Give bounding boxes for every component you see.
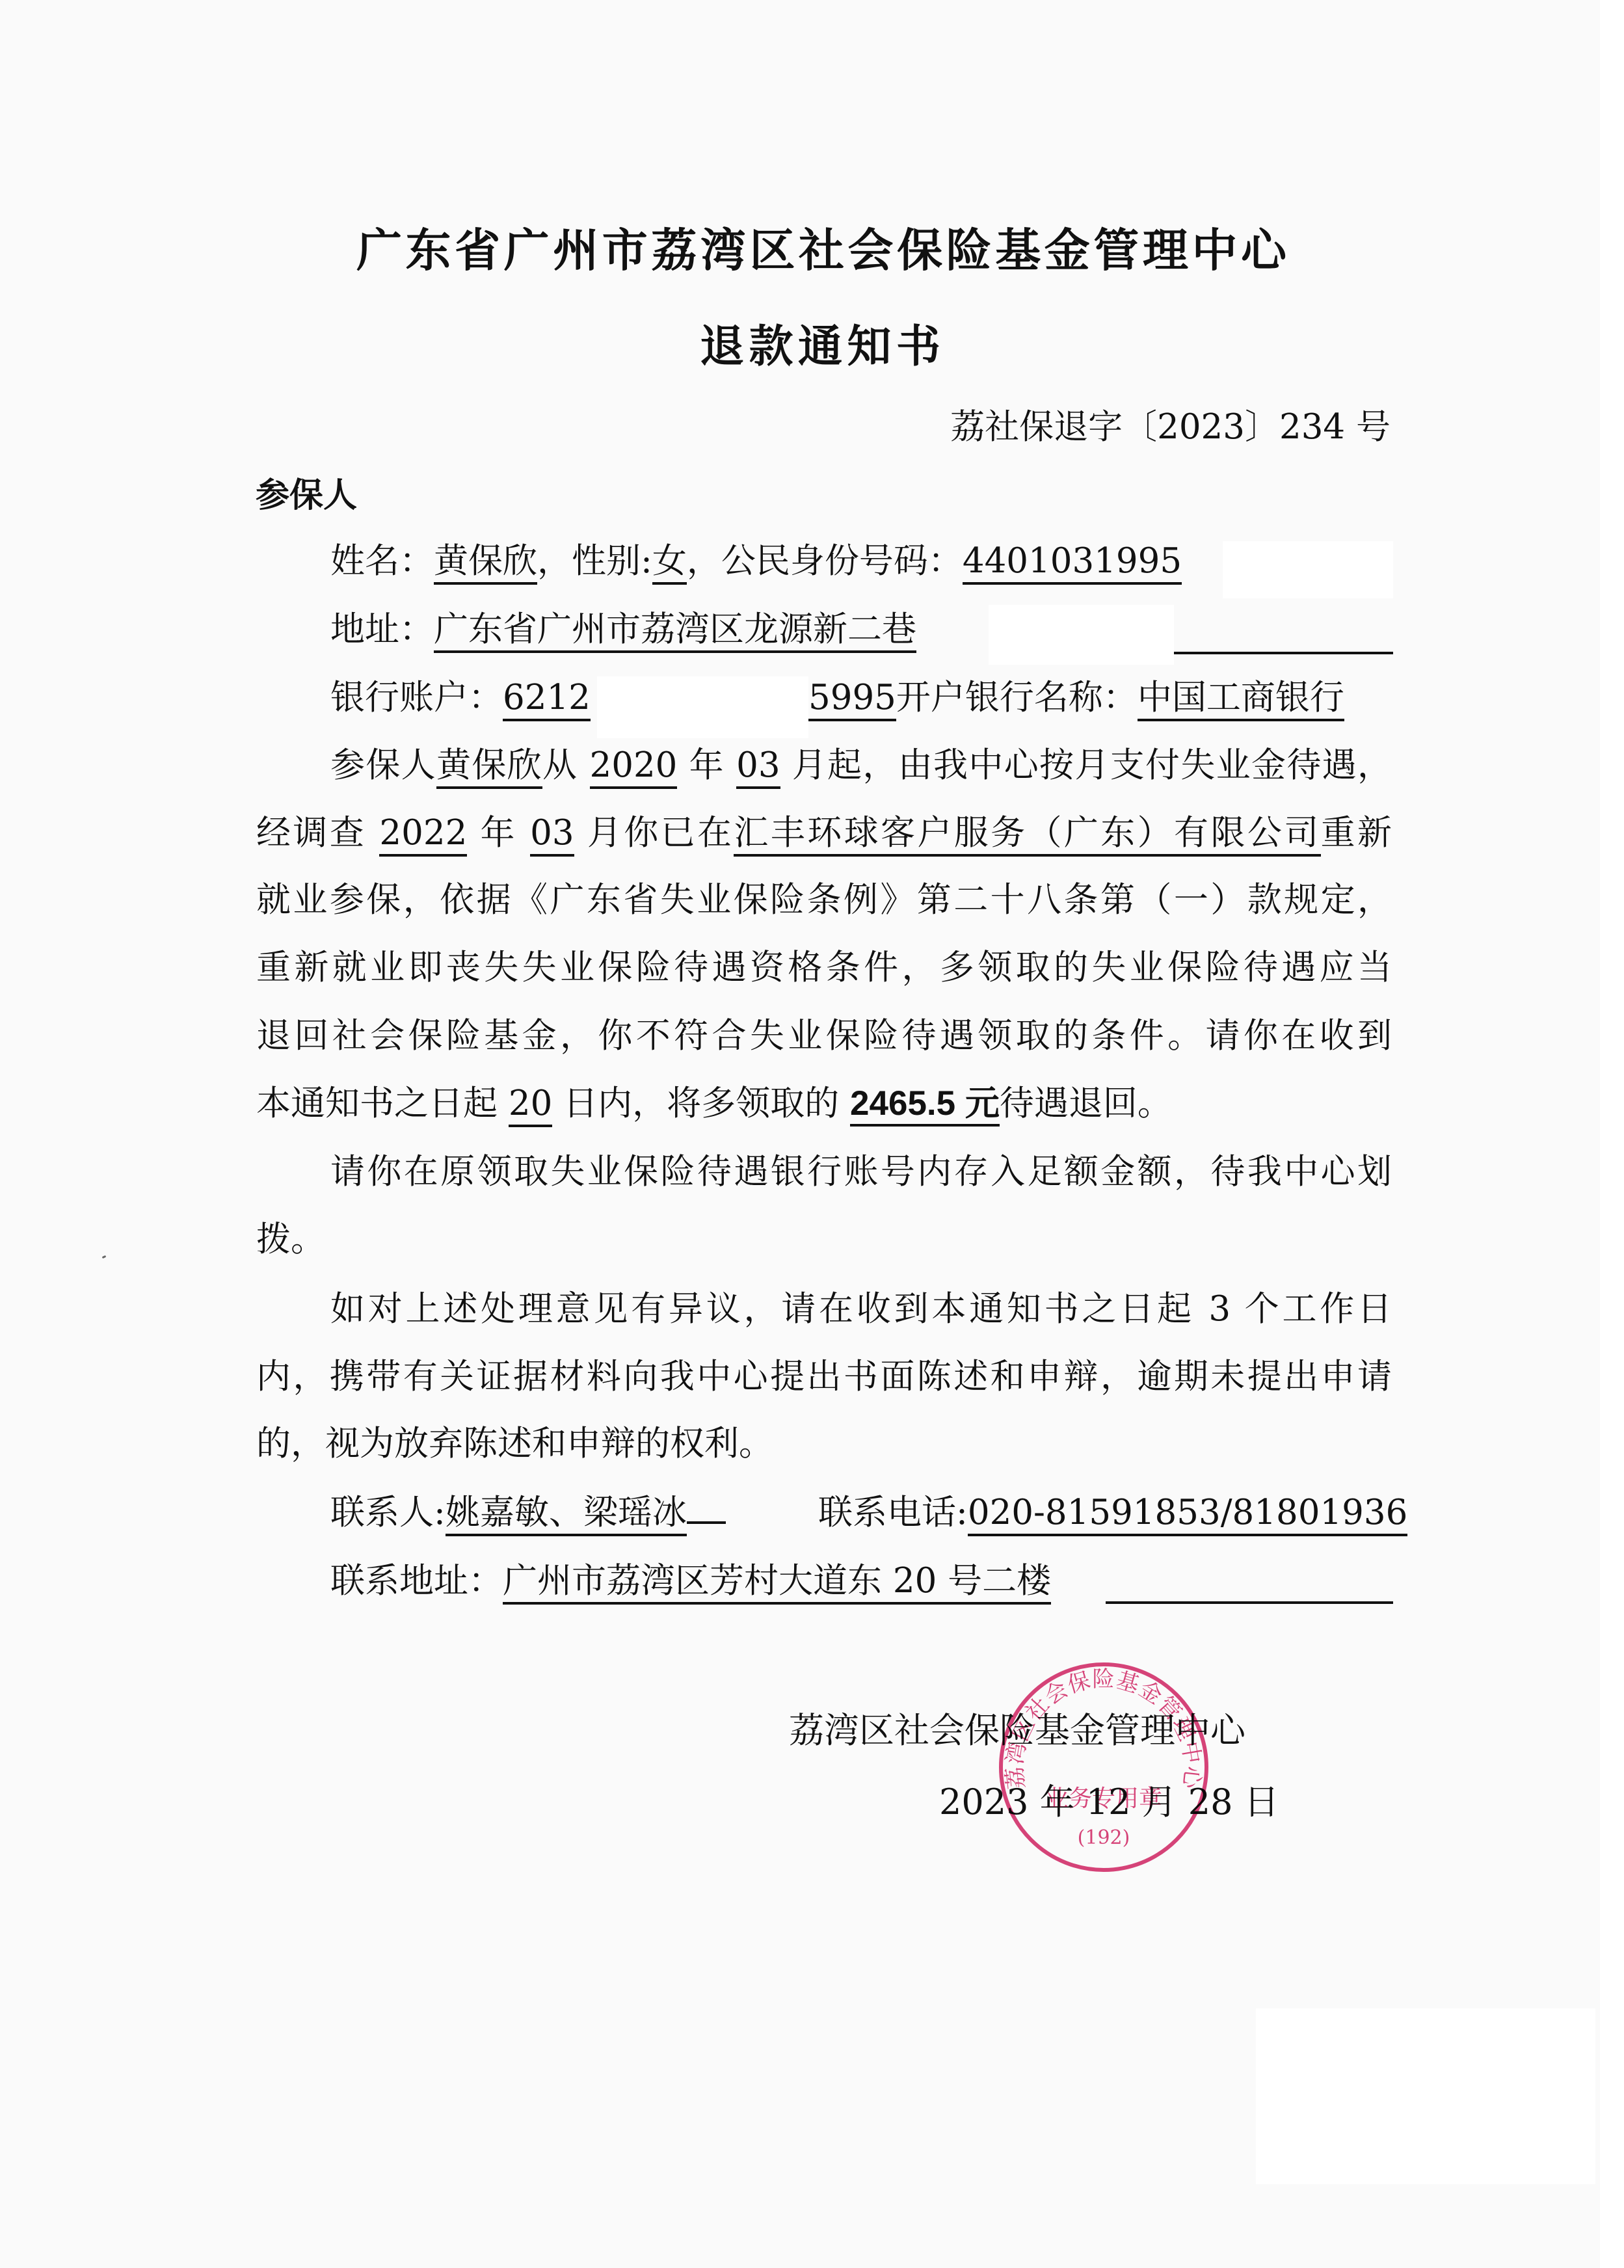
insured-identity-line: 姓名：黄保欣，性别:女，公民身份号码：4401031995 [330,544,1182,581]
contact-phone-label: 联系电话: [818,1493,968,1532]
employer-name: 汇丰环球客户服务（广东）有限公司 [734,813,1320,857]
contact-persons: 姚嘉敏、梁瑶冰 [446,1493,687,1536]
text: 日内，将多领取的 [552,1084,850,1123]
document-subtitle: 退款通知书 [700,325,940,369]
paragraph-1-line-4: 重新就业即丧失失业保险待遇资格条件，多领取的失业保险待遇应当 [256,950,1392,988]
insured-address-line: 地址：广东省广州市荔湾区龙源新二巷 [330,612,916,650]
address-label: 地址： [330,609,434,649]
contact-person-label: 联系人: [330,1493,446,1532]
stamp-number: (192) [1078,1826,1130,1849]
text: 年 [677,745,736,785]
contact-address: 广州市荔湾区芳村大道东 20 号二楼 [503,1561,1051,1605]
contact-address-underline-tail [1106,1601,1393,1604]
bank-line-right: 5995开户银行名称：中国工商银行 [808,680,1344,718]
bank-account-label: 银行账户： [330,678,503,717]
id-label: ，公民身份号码： [687,541,963,581]
paragraph-1-line-1: 参保人黄保欣从 2020 年 03 月起，由我中心按月支付失业金待遇， [330,748,1392,786]
signature-organization: 荔湾区社会保险基金管理中心 [789,1713,1245,1751]
gender-label: ，性别: [537,541,652,581]
bank-name-label: 开户银行名称： [896,678,1138,717]
text: 从 [542,745,590,785]
paragraph-3-line-1: 如对上述处理意见有异议，请在收到本通知书之日起 3 个工作日 [330,1292,1392,1329]
start-year: 2020 [590,745,678,789]
paragraph-3-line-3: 的，视为放弃陈述和申辩的权利。 [256,1426,773,1464]
scan-speck [102,1255,107,1259]
contact-person-underline-tail [687,1521,726,1524]
bank-account-line: 银行账户：6212 [330,680,591,718]
paragraph-1-line-6: 本通知书之日起 20 日内，将多领取的 2465.5 元待遇退回。 [256,1086,1172,1124]
text: 月起，由我中心按月支付失业金待遇， [780,745,1392,785]
name-label: 姓名： [330,541,434,581]
paragraph-2-line-2: 拨。 [256,1222,325,1260]
text: 重新 [1321,813,1392,853]
contact-phone-line: 联系电话:020-81591853/81801936 [818,1495,1407,1533]
text: 待遇退回。 [1000,1084,1172,1123]
contact-person-line: 联系人:姚嘉敏、梁瑶冰 [330,1495,726,1533]
reemploy-month: 03 [530,813,574,857]
contact-address-label: 联系地址： [330,1561,503,1601]
redaction-box-id [1223,541,1393,598]
insured-id-number: 4401031995 [963,541,1182,585]
text: 经调查 [256,813,379,853]
insured-section-label: 参保人 [256,479,357,516]
insured-name: 黄保欣 [434,541,537,585]
insured-name-ref: 黄保欣 [436,745,542,789]
text: 月你已在 [574,813,734,853]
bank-account-prefix: 6212 [503,678,591,721]
paragraph-1-line-2: 经调查 2022 年 03 月你已在汇丰环球客户服务（广东）有限公司重新 [256,816,1392,853]
contact-phone: 020-81591853/81801936 [968,1493,1407,1536]
address-underline-tail [1174,652,1393,654]
document-title: 广东省广州市荔湾区社会保险基金管理中心 [356,228,1286,273]
redaction-box-address [989,605,1174,665]
text: 本通知书之日起 [256,1084,509,1123]
start-month: 03 [736,745,780,789]
paragraph-1-line-3: 就业参保，依据《广东省失业保险条例》第二十八条第（一）款规定， [256,883,1392,920]
blank-patch [1256,2008,1595,2184]
signature-date: 2023 年 12 月 28 日 [939,1785,1279,1822]
text: 年 [467,813,530,853]
page-right-edge [1600,0,1624,2268]
refund-days: 20 [509,1084,552,1127]
contact-address-line: 联系地址：广州市荔湾区芳村大道东 20 号二楼 [330,1564,1051,1601]
insured-gender: 女 [652,541,687,585]
paragraph-1-line-5: 退回社会保险基金，你不符合失业保险待遇领取的条件。请你在收到 [256,1019,1392,1056]
official-seal-stamp: 荔湾区社会保险基金管理中心 业务专用章 (192) [996,1660,1211,1874]
bank-name: 中国工商银行 [1138,678,1344,721]
paragraph-3-line-2: 内，携带有关证据材料向我中心提出书面陈述和申辩，逾期未提出申请 [256,1359,1392,1397]
text: 参保人 [330,745,436,785]
reemploy-year: 2022 [379,813,467,857]
refund-amount: 2465.5 元 [850,1084,1000,1127]
redaction-box-bank-account [597,676,808,738]
insured-address: 广东省广州市荔湾区龙源新二巷 [434,609,916,653]
bank-account-suffix: 5995 [808,678,896,721]
paragraph-2-line-1: 请你在原领取失业保险待遇银行账号内存入足额金额，待我中心划 [330,1154,1392,1192]
document-number: 荔社保退字〔2023〕234 号 [943,410,1391,447]
